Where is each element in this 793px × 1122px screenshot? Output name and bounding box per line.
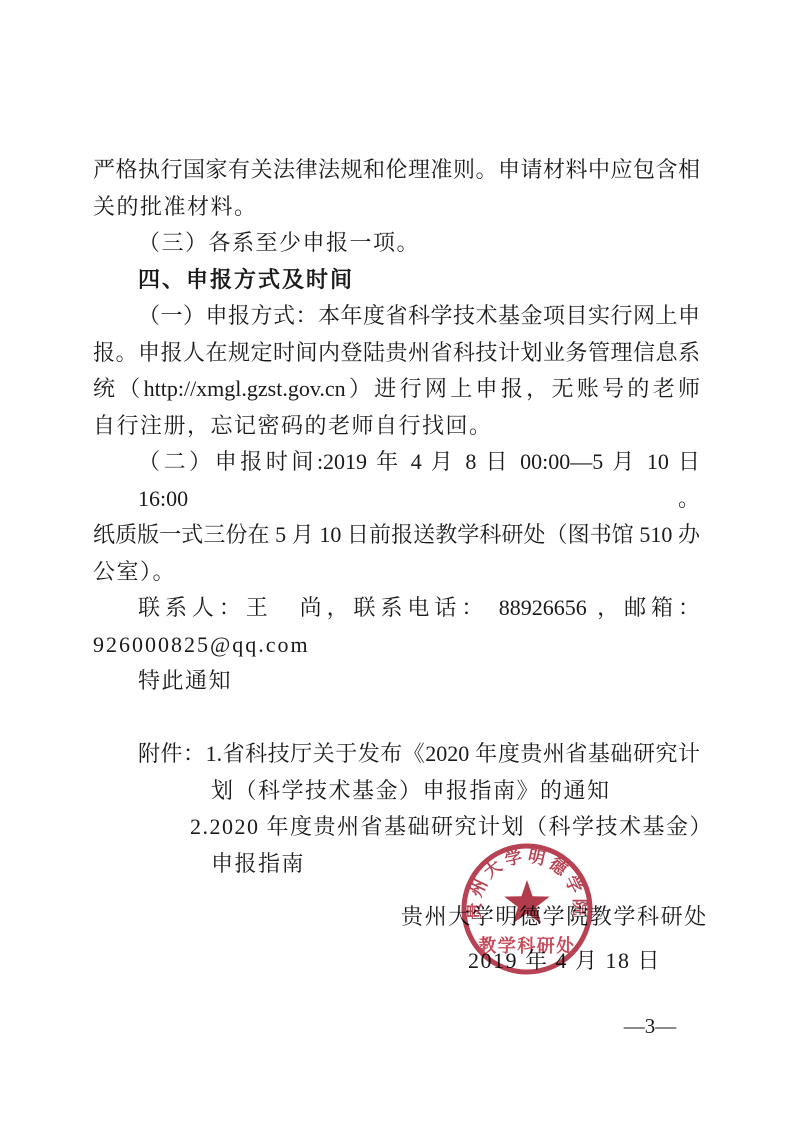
body-line: 纸质版一式三份在 5 月 10 日前报送教学科研处（图书馆 510 办 xyxy=(93,517,700,554)
body-line: （一）申报方式：本年度省科学技术基金项目实行网上申 xyxy=(93,298,700,335)
body-line: 统（http://xmgl.gzst.gov.cn）进行网上申报，无账号的老师 xyxy=(93,371,700,408)
document-body: 严格执行国家有关法律法规和伦理准则。申请材料中应包含相 关的批准材料。 （三）各… xyxy=(93,152,700,882)
document-page: 严格执行国家有关法律法规和伦理准则。申请材料中应包含相 关的批准材料。 （三）各… xyxy=(0,0,793,1122)
body-line: （二）申报时间:2019 年 4 月 8 日 00:00—5 月 10 日 16… xyxy=(93,444,700,517)
body-line: （三）各系至少申报一项。 xyxy=(93,225,700,262)
page-number: —3— xyxy=(600,1012,700,1040)
attachment-line-2-cont: 申报指南 xyxy=(93,846,700,883)
attachment-line-1-cont: 划（科学技术基金）申报指南》的通知 xyxy=(93,773,700,810)
contact-email: 926000825@qq.com xyxy=(93,627,700,664)
signature-organization: 贵州大学明德学院教学科研处 xyxy=(401,903,708,931)
attachment-line-1: 附件：1.省科技厅关于发布《2020 年度贵州省基础研究计 xyxy=(93,736,700,773)
body-line: 严格执行国家有关法律法规和伦理准则。申请材料中应包含相 xyxy=(93,152,700,189)
body-line: 自行注册，忘记密码的老师自行找回。 xyxy=(93,408,700,445)
blank-line xyxy=(93,700,700,737)
contact-line: 联系人：王 尚，联系电话： 88926656 ，邮箱： xyxy=(93,590,700,627)
notice-closing: 特此通知 xyxy=(93,663,700,700)
body-line: 关的批准材料。 xyxy=(93,189,700,226)
body-line: 报。申报人在规定时间内登陆贵州省科技计划业务管理信息系 xyxy=(93,335,700,372)
attachment-line-2: 2.2020 年度贵州省基础研究计划（科学技术基金） xyxy=(93,809,700,846)
body-line: 公室）。 xyxy=(93,554,700,591)
signature-date: 2019 年 4 月 18 日 xyxy=(468,947,661,975)
section-heading: 四、申报方式及时间 xyxy=(93,262,700,299)
